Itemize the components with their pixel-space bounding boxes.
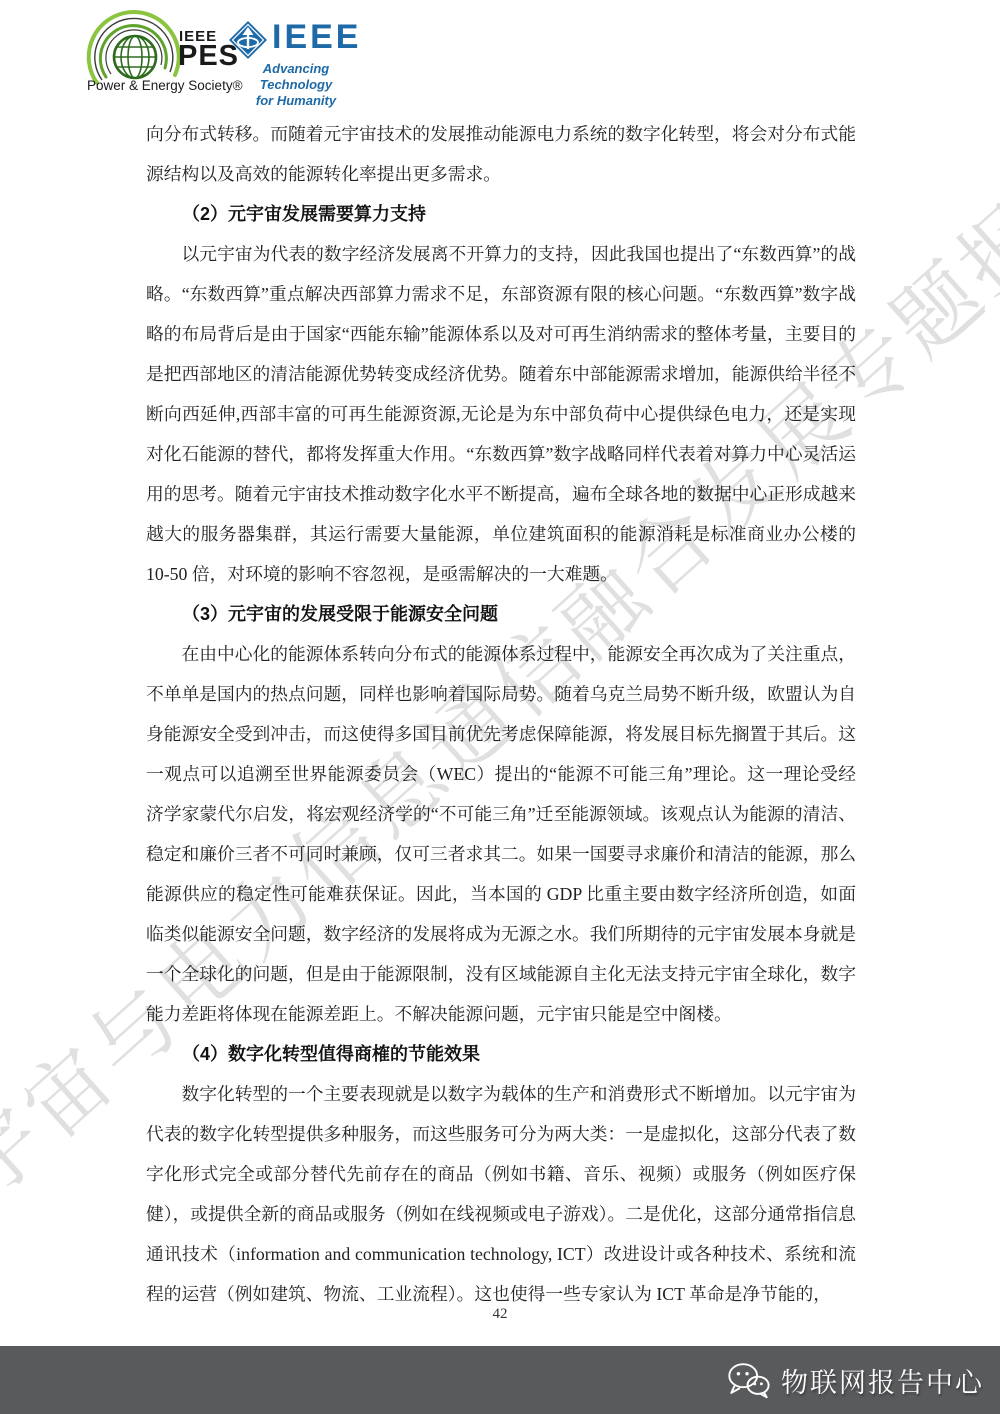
document-body: 向分布式转移。而随着元宇宙技术的发展推动能源电力系统的数字化转型，将会对分布式能…: [146, 114, 856, 1314]
page-number: 42: [0, 1306, 1000, 1323]
body-paragraph: 向分布式转移。而随着元宇宙技术的发展推动能源电力系统的数字化转型，将会对分布式能…: [146, 114, 856, 194]
document-page: IEEE PES Power & Energy Society® IEEE Ad…: [0, 0, 1000, 1414]
page-header: IEEE PES Power & Energy Society® IEEE Ad…: [0, 0, 1000, 110]
ieee-diamond-icon: [228, 20, 268, 65]
ieee-wordmark: IEEE: [272, 18, 361, 57]
ieee-tagline-line2: for Humanity: [256, 93, 336, 108]
ieee-tagline-line1: Advancing Technology: [260, 61, 332, 92]
body-paragraph: 以元宇宙为代表的数字经济发展离不开算力的支持，因此我国也提出了“东数西算”的战略…: [146, 234, 856, 594]
ieee-tagline: Advancing Technology for Humanity: [226, 61, 366, 109]
footer-bar: 物联网报告中心: [0, 1346, 1000, 1414]
section-heading: （2）元宇宙发展需要算力支持: [146, 194, 856, 234]
section-heading: （4）数字化转型值得商榷的节能效果: [146, 1034, 856, 1074]
body-paragraph: 在由中心化的能源体系转向分布式的能源体系过程中，能源安全再次成为了关注重点，不单…: [146, 634, 856, 1034]
pes-logo-tagline: Power & Energy Society®: [87, 78, 243, 93]
section-heading: （3）元宇宙的发展受限于能源安全问题: [146, 594, 856, 634]
wechat-icon: [725, 1360, 771, 1400]
footer-account-name: 物联网报告中心: [781, 1361, 984, 1400]
body-paragraph: 数字化转型的一个主要表现就是以数字为载体的生产和消费形式不断增加。以元宇宙为代表…: [146, 1074, 856, 1314]
